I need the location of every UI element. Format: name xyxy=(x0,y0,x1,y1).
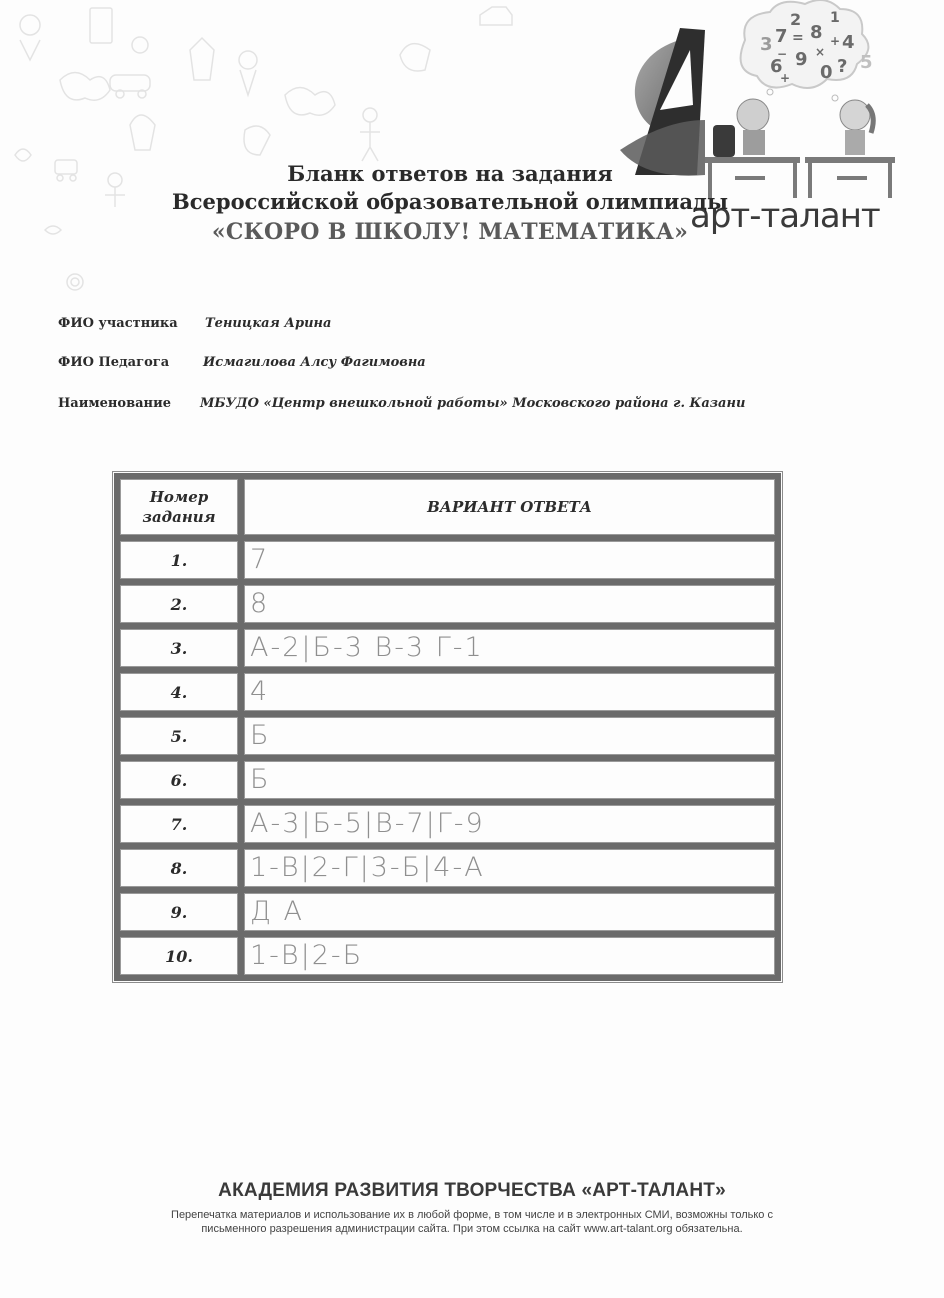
task-number: 3. xyxy=(117,626,241,670)
task-number: 6. xyxy=(117,758,241,802)
answer-cell[interactable]: 1-В|2-Г|3-Б|4-А xyxy=(241,846,778,890)
svg-text:=: = xyxy=(792,30,804,46)
task-number: 10. xyxy=(117,934,241,978)
participant-label: ФИО участника xyxy=(58,316,178,331)
task-number: 2. xyxy=(117,582,241,626)
header-task-number-text: Номер задания xyxy=(139,487,219,527)
svg-text:5: 5 xyxy=(860,52,873,73)
teacher-label: ФИО Педагога xyxy=(58,355,169,370)
svg-text:4: 4 xyxy=(842,32,855,53)
answer-cell[interactable]: 8 xyxy=(241,582,778,626)
table-header-row: Номер задания ВАРИАНТ ОТВЕТА xyxy=(117,476,778,538)
table-row: 9. Д А xyxy=(117,890,778,934)
svg-text:2: 2 xyxy=(790,10,801,29)
svg-text:−: − xyxy=(777,47,787,61)
answer-cell[interactable]: 4 xyxy=(241,670,778,714)
svg-text:+: + xyxy=(780,71,790,85)
table-row: 6.Б xyxy=(117,758,778,802)
header-task-number: Номер задания xyxy=(117,476,241,538)
institution-label: Наименование xyxy=(58,396,171,411)
olympiad-name: «СКОРО В ШКОЛУ! МАТЕМАТИКА» xyxy=(150,216,750,248)
table-row: 8.1-В|2-Г|3-Б|4-А xyxy=(117,846,778,890)
answer-cell[interactable]: Д А xyxy=(241,890,778,934)
answer-cell[interactable]: 7 xyxy=(241,538,778,582)
task-number: 9. xyxy=(117,890,241,934)
background-doodles xyxy=(0,0,620,300)
institution-row: Наименование МБУДО «Центр внешкольной ра… xyxy=(58,396,171,411)
participant-row: ФИО участника Теницкая Арина xyxy=(58,316,178,331)
svg-text:×: × xyxy=(815,45,825,59)
table-row: 7.А-3|Б-5|В-7|Г-9 xyxy=(117,802,778,846)
header-answer: ВАРИАНТ ОТВЕТА xyxy=(241,476,778,538)
answer-cell[interactable]: 1-В|2-Б xyxy=(241,934,778,978)
title-line-1: Бланк ответов на задания xyxy=(150,160,750,188)
footer-note-line-2: письменного разрешения администрации сай… xyxy=(0,1222,944,1236)
table-row: 5.Б xyxy=(117,714,778,758)
answer-cell[interactable]: А-2|Б-3 В-3 Г-1 xyxy=(241,626,778,670)
svg-text:9: 9 xyxy=(795,49,808,70)
svg-text:+: + xyxy=(830,34,840,48)
footer-title: АКАДЕМИЯ РАЗВИТИЯ ТВОРЧЕСТВА «АРТ-ТАЛАНТ… xyxy=(0,1180,944,1202)
teacher-value: Исмагилова Алсу Фагимовна xyxy=(203,355,426,370)
svg-text:3: 3 xyxy=(760,34,773,55)
svg-text:8: 8 xyxy=(810,22,823,43)
answer-cell[interactable]: А-3|Б-5|В-7|Г-9 xyxy=(241,802,778,846)
page-title: Бланк ответов на задания Всероссийской о… xyxy=(150,160,750,248)
task-number: 7. xyxy=(117,802,241,846)
table-row: 2.8 xyxy=(117,582,778,626)
svg-text:0: 0 xyxy=(820,62,833,83)
footer: АКАДЕМИЯ РАЗВИТИЯ ТВОРЧЕСТВА «АРТ-ТАЛАНТ… xyxy=(0,1180,944,1236)
task-number: 1. xyxy=(117,538,241,582)
table-row: 1.7 xyxy=(117,538,778,582)
task-number: 4. xyxy=(117,670,241,714)
answer-cell[interactable]: Б xyxy=(241,714,778,758)
footer-note-line-1: Перепечатка материалов и использование и… xyxy=(0,1208,944,1222)
footer-note: Перепечатка материалов и использование и… xyxy=(0,1208,944,1236)
table-row: 4.4 xyxy=(117,670,778,714)
institution-value: МБУДО «Центр внешкольной работы» Московс… xyxy=(200,396,745,411)
teacher-row: ФИО Педагога Исмагилова Алсу Фагимовна xyxy=(58,355,169,370)
answers-table: Номер задания ВАРИАНТ ОТВЕТА 1.72.83.А-2… xyxy=(114,473,781,981)
svg-text:1: 1 xyxy=(830,10,840,26)
svg-text:?: ? xyxy=(837,56,847,77)
participant-value: Теницкая Арина xyxy=(205,316,331,331)
task-number: 5. xyxy=(117,714,241,758)
table-row: 10.1-В|2-Б xyxy=(117,934,778,978)
task-number: 8. xyxy=(117,846,241,890)
title-line-2: Всероссийской образовательной олимпиады xyxy=(150,188,750,216)
answer-cell[interactable]: Б xyxy=(241,758,778,802)
table-row: 3.А-2|Б-3 В-3 Г-1 xyxy=(117,626,778,670)
svg-text:7: 7 xyxy=(775,26,788,47)
